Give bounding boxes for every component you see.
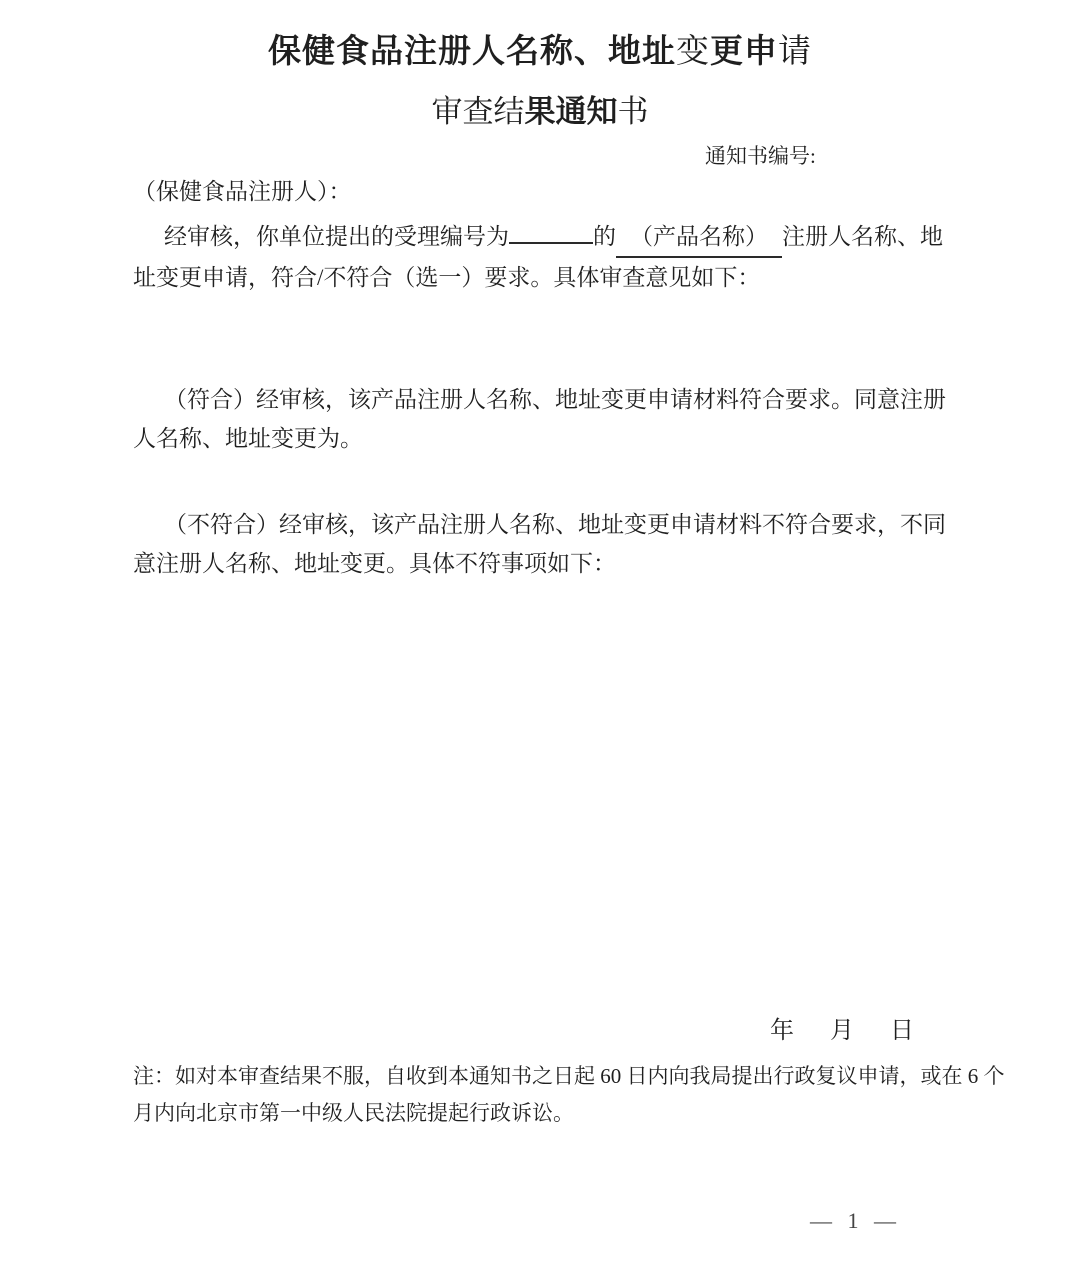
title-segment: 审查结 [432,94,525,129]
paragraph-line: （符合）经审核，该产品注册人名称、地址变更申请材料符合要求。同意注册 [133,380,958,419]
date-day-label: 日 [890,1018,914,1044]
title-segment: 书 [618,94,649,129]
title-segment: 更申 [710,32,778,69]
doc-title-line1: 保健食品注册人名称、地址变更申请 [0,30,1080,73]
footnote-line: 注：如对本审查结果不服，自收到本通知书之日起 60 日内向我局提出行政复议申请，… [133,1058,973,1095]
paragraph-line: 址变更申请，符合/不符合（选一）要求。具体审查意见如下： [133,258,958,297]
product-name-blank: （产品名称） [616,217,782,258]
doc-title-line2: 审查结果通知书 [0,92,1080,132]
paragraph-nonconform: （不符合）经审核，该产品注册人名称、地址变更申请材料不符合要求，不同 意注册人名… [133,505,958,583]
title-segment: 果通知 [525,94,618,129]
footnote-line: 月内向北京市第一中级人民法院提起行政诉讼。 [133,1095,973,1132]
acceptance-number-blank [509,219,593,244]
paragraph-line: 经审核，你单位提出的受理编号为的（产品名称）注册人名称、地 [133,217,958,258]
paragraph-line: 人名称、地址变更为。 [133,419,958,458]
paragraph-line: 意注册人名称、地址变更。具体不符事项如下： [133,544,958,583]
date-month-label: 月 [830,1018,854,1044]
footnote: 注：如对本审查结果不服，自收到本通知书之日起 60 日内向我局提出行政复议申请，… [133,1058,973,1132]
page-number: — 1 — [810,1206,901,1236]
title-segment: 请 [778,34,812,70]
title-segment: 保健食品注册人名称、地址 [268,32,676,69]
paragraph-line: （不符合）经审核，该产品注册人名称、地址变更申请材料不符合要求，不同 [133,505,958,544]
review-text-part1: 经审核，你单位提出的受理编号为 [164,224,509,249]
paragraph-review-result: 经审核，你单位提出的受理编号为的（产品名称）注册人名称、地 址变更申请，符合/不… [133,217,958,297]
salutation: （保健食品注册人）： [133,172,352,211]
document-page: 保健食品注册人名称、地址变更申请 审查结果通知书 通知书编号: （保健食品注册人… [0,0,1080,1264]
notice-number-label: 通知书编号: [705,141,816,171]
review-text-part2: 的 [593,224,616,249]
title-segment: 变 [676,34,710,70]
review-text-part3: 注册人名称、地 [782,224,943,249]
paragraph-conform: （符合）经审核，该产品注册人名称、地址变更申请材料符合要求。同意注册 人名称、地… [133,380,958,458]
date-year-label: 年 [770,1018,794,1044]
date-line: 年月日 [770,1013,914,1049]
